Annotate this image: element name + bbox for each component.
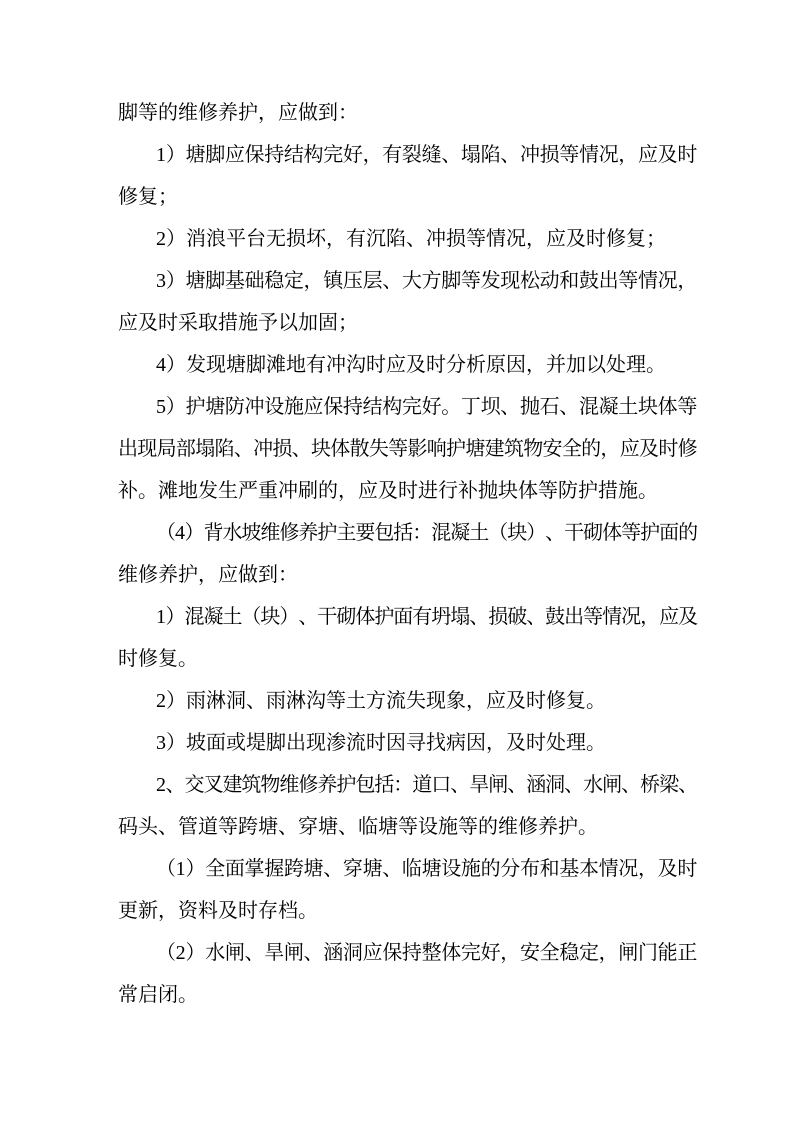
text-line: 出现局部塌陷、冲损、块体散失等影响护塘建筑物安全的，应及时修 (118, 428, 697, 470)
text-line: 1）混凝土（块）、干砌体护面有坍塌、损破、鼓出等情况，应及 (118, 596, 697, 638)
document-body: 脚等的维修养护，应做到：1）塘脚应保持结构完好，有裂缝、塌陷、冲损等情况，应及时… (118, 92, 697, 1016)
text-line: 补。滩地发生严重冲刷的，应及时进行补抛块体等防护措施。 (118, 470, 697, 512)
paragraph: 4）发现塘脚滩地有冲沟时应及时分析原因，并加以处理。 (118, 344, 697, 386)
paragraph: 1）混凝土（块）、干砌体护面有坍塌、损破、鼓出等情况，应及时修复。 (118, 596, 697, 680)
text-line: 1）塘脚应保持结构完好，有裂缝、塌陷、冲损等情况，应及时 (118, 134, 697, 176)
document-page: 脚等的维修养护，应做到：1）塘脚应保持结构完好，有裂缝、塌陷、冲损等情况，应及时… (0, 0, 793, 1122)
text-line: 2）雨淋洞、雨淋沟等土方流失现象，应及时修复。 (118, 680, 697, 722)
text-line: 时修复。 (118, 638, 697, 680)
paragraph: 5）护塘防冲设施应保持结构完好。丁坝、抛石、混凝土块体等出现局部塌陷、冲损、块体… (118, 386, 697, 512)
text-line: 码头、管道等跨塘、穿塘、临塘等设施等的维修养护。 (118, 806, 697, 848)
paragraph: （2）水闸、旱闸、涵洞应保持整体完好，安全稳定，闸门能正常启闭。 (118, 932, 697, 1016)
paragraph: （4）背水坡维修养护主要包括：混凝土（块）、干砌体等护面的维修养护，应做到： (118, 512, 697, 596)
paragraph: 1）塘脚应保持结构完好，有裂缝、塌陷、冲损等情况，应及时修复； (118, 134, 697, 218)
text-line: 常启闭。 (118, 974, 697, 1016)
text-line: 5）护塘防冲设施应保持结构完好。丁坝、抛石、混凝土块体等 (118, 386, 697, 428)
text-line: 2、交叉建筑物维修养护包括：道口、旱闸、涵洞、水闸、桥梁、 (118, 764, 697, 806)
text-line: 3）坡面或堤脚出现渗流时因寻找病因，及时处理。 (118, 722, 697, 764)
paragraph: （1）全面掌握跨塘、穿塘、临塘设施的分布和基本情况，及时更新，资料及时存档。 (118, 848, 697, 932)
paragraph: 2）消浪平台无损坏，有沉陷、冲损等情况，应及时修复； (118, 218, 697, 260)
text-line: （4）背水坡维修养护主要包括：混凝土（块）、干砌体等护面的 (118, 512, 697, 554)
text-line: 4）发现塘脚滩地有冲沟时应及时分析原因，并加以处理。 (118, 344, 697, 386)
paragraph: 2）雨淋洞、雨淋沟等土方流失现象，应及时修复。 (118, 680, 697, 722)
paragraph: 2、交叉建筑物维修养护包括：道口、旱闸、涵洞、水闸、桥梁、码头、管道等跨塘、穿塘… (118, 764, 697, 848)
paragraph: 脚等的维修养护，应做到： (118, 92, 697, 134)
text-line: 3）塘脚基础稳定，镇压层、大方脚等发现松动和鼓出等情况， (118, 260, 697, 302)
text-line: 维修养护，应做到： (118, 554, 697, 596)
text-line: 脚等的维修养护，应做到： (118, 92, 697, 134)
text-line: 修复； (118, 176, 697, 218)
text-line: 更新，资料及时存档。 (118, 890, 697, 932)
text-line: 2）消浪平台无损坏，有沉陷、冲损等情况，应及时修复； (118, 218, 697, 260)
paragraph: 3）塘脚基础稳定，镇压层、大方脚等发现松动和鼓出等情况，应及时采取措施予以加固； (118, 260, 697, 344)
paragraph: 3）坡面或堤脚出现渗流时因寻找病因，及时处理。 (118, 722, 697, 764)
text-line: （1）全面掌握跨塘、穿塘、临塘设施的分布和基本情况，及时 (118, 848, 697, 890)
text-line: 应及时采取措施予以加固； (118, 302, 697, 344)
text-line: （2）水闸、旱闸、涵洞应保持整体完好，安全稳定，闸门能正 (118, 932, 697, 974)
